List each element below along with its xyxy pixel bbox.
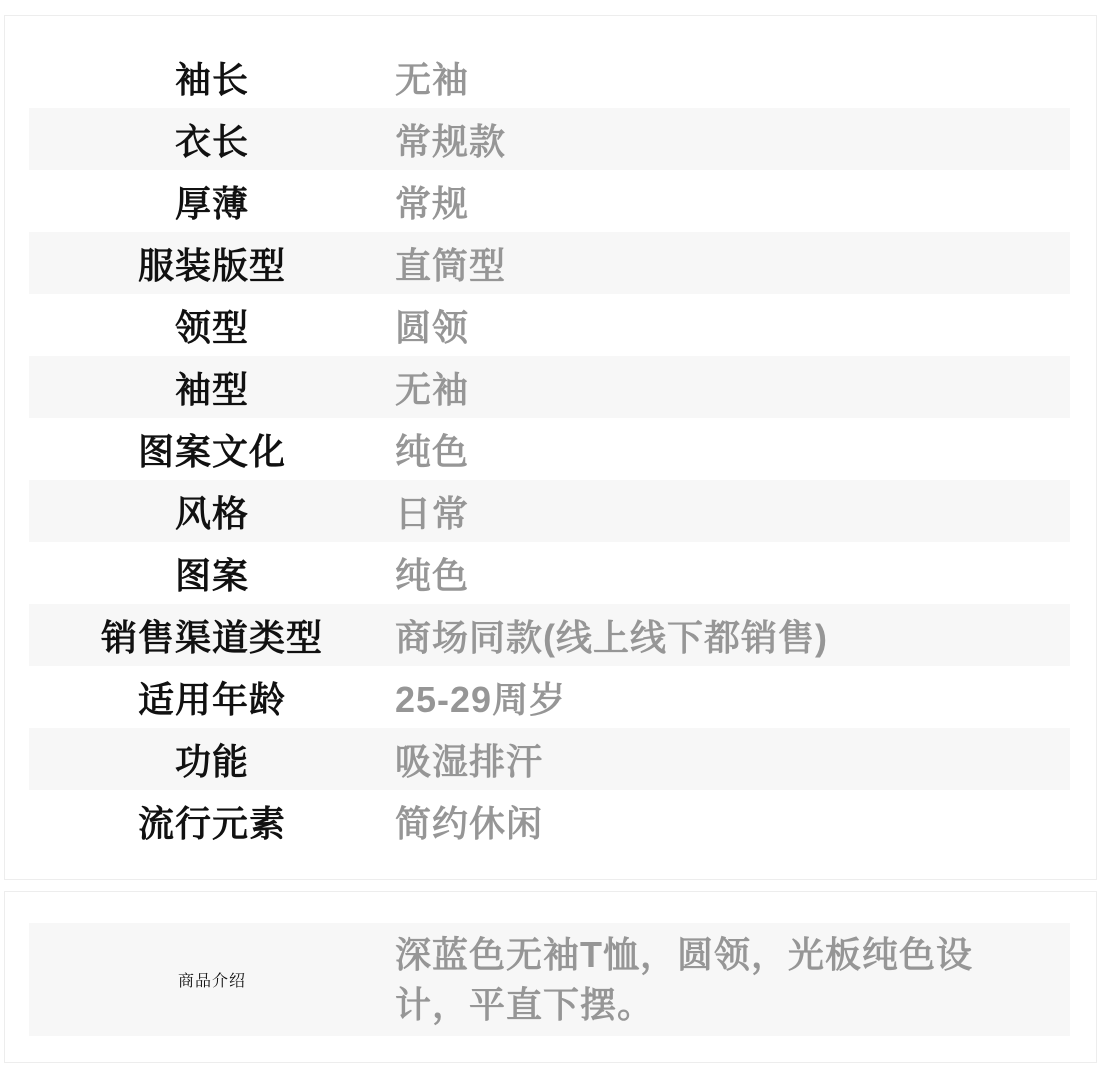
spec-row: 领型 圆领	[29, 294, 1070, 356]
spec-row: 袖型 无袖	[29, 356, 1070, 418]
spec-value: 商场同款(线上线下都销售)	[395, 610, 1070, 661]
spec-label: 袖长	[29, 52, 395, 103]
product-description-card: 商品介绍 深蓝色无袖T恤，圆领，光板纯色设计，平直下摆。	[4, 891, 1097, 1063]
spec-row: 衣长 常规款	[29, 108, 1070, 170]
spec-label: 服装版型	[29, 238, 395, 289]
spec-label: 适用年龄	[29, 672, 395, 723]
spec-label: 袖型	[29, 362, 395, 413]
spec-label: 流行元素	[29, 796, 395, 847]
spec-value: 圆领	[395, 300, 1070, 351]
spec-label: 图案	[29, 548, 395, 599]
spec-row: 厚薄 常规	[29, 170, 1070, 232]
spec-row: 袖长 无袖	[29, 46, 1070, 108]
spec-row: 功能 吸湿排汗	[29, 728, 1070, 790]
spec-row: 风格 日常	[29, 480, 1070, 542]
description-row: 商品介绍 深蓝色无袖T恤，圆领，光板纯色设计，平直下摆。	[29, 923, 1070, 1036]
spec-row: 适用年龄 25-29周岁	[29, 666, 1070, 728]
spec-value: 25-29周岁	[395, 672, 1070, 723]
spec-value: 无袖	[395, 362, 1070, 413]
spec-row: 图案文化 纯色	[29, 418, 1070, 480]
spec-label: 销售渠道类型	[29, 610, 395, 661]
spec-row: 图案 纯色	[29, 542, 1070, 604]
spec-label: 衣长	[29, 114, 395, 165]
spec-label: 厚薄	[29, 176, 395, 227]
description-text: 深蓝色无袖T恤，圆领，光板纯色设计，平直下摆。	[395, 930, 1043, 1030]
spec-value: 简约休闲	[395, 796, 1070, 847]
spec-value: 直筒型	[395, 238, 1070, 289]
spec-row: 流行元素 简约休闲	[29, 790, 1070, 852]
spec-label: 风格	[29, 486, 395, 537]
spec-label: 功能	[29, 734, 395, 785]
spec-value: 常规	[395, 176, 1070, 227]
spec-label: 图案文化	[29, 424, 395, 475]
spec-label: 领型	[29, 300, 395, 351]
spec-value: 纯色	[395, 424, 1070, 475]
spec-value: 无袖	[395, 52, 1070, 103]
spec-value: 常规款	[395, 114, 1070, 165]
description-label: 商品介绍	[29, 968, 395, 991]
spec-value: 吸湿排汗	[395, 734, 1070, 785]
spec-row: 销售渠道类型 商场同款(线上线下都销售)	[29, 604, 1070, 666]
spec-value: 日常	[395, 486, 1070, 537]
spec-row: 服装版型 直筒型	[29, 232, 1070, 294]
spec-value: 纯色	[395, 548, 1070, 599]
product-spec-card: 袖长 无袖 衣长 常规款 厚薄 常规 服装版型 直筒型 领型 圆领 袖型 无袖 …	[4, 15, 1097, 880]
